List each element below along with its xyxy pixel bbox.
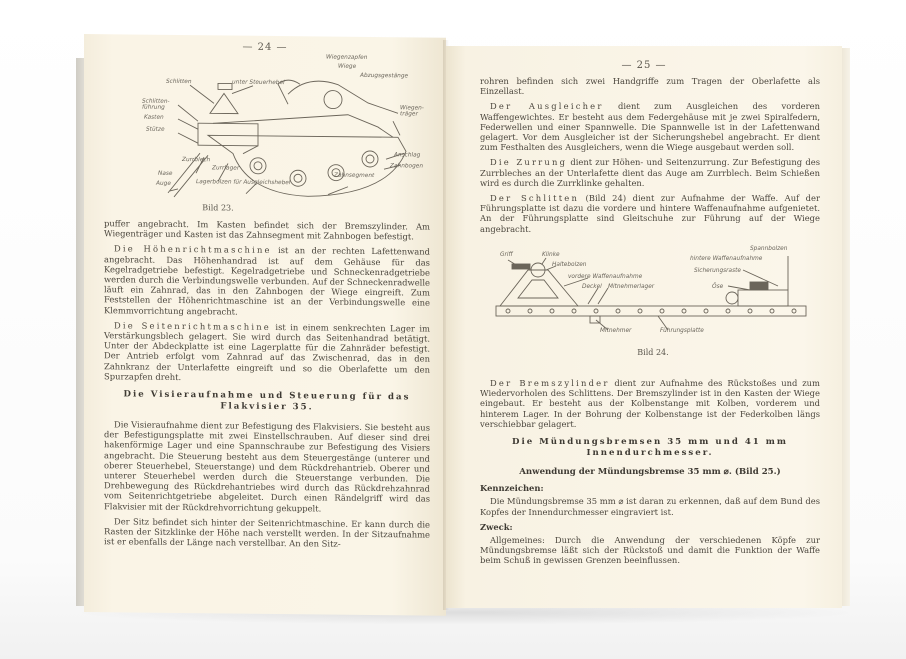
zweck-label: Zweck: <box>480 522 820 532</box>
right-page: — 25 — rohren befinden sich zwei Handgri… <box>446 46 842 608</box>
term: Der Schlitten <box>490 193 579 203</box>
figure-bild-24: Griff Klinke Haltebolzen vordere Waffena… <box>488 246 818 364</box>
book-page-edge <box>842 48 850 606</box>
term: Der Ausgleicher <box>490 101 604 111</box>
page-number: — 25 — <box>446 60 842 71</box>
term: Der Bremszylinder <box>490 378 610 388</box>
figure-bild-23: Wiegenzapfen Wiege Abzugsgestänge Schlit… <box>138 53 428 214</box>
left-page: — 24 — <box>84 34 446 616</box>
right-body-text-top: rohren befinden sich zwei Handgriffe zum… <box>480 76 820 239</box>
section-heading: Die Visieraufnahme und Steuerung für das… <box>104 389 430 414</box>
paragraph: Die Mündungsbremse 35 mm ⌀ ist daran zu … <box>480 496 820 516</box>
section-heading: Die Mündungsbremsen 35 mm und 41 mm Inne… <box>480 437 820 459</box>
left-body-text: puffer angebracht. Im Kasten befindet si… <box>104 218 430 555</box>
paragraph: ist an der rechten Lafettenwand angebrac… <box>104 245 430 316</box>
paragraph: Die Visieraufnahme dient zur Befestigung… <box>104 419 430 513</box>
paragraph: rohren befinden sich zwei Handgriffe zum… <box>480 76 820 96</box>
paragraph: puffer angebracht. Im Kasten befindet si… <box>104 218 430 241</box>
paragraph: Allgemeines: Durch die Anwendung der ver… <box>480 535 820 565</box>
paragraph: Der Sitz befindet sich hinter der Seiten… <box>104 516 430 549</box>
figure-caption: Bild 23. <box>138 203 298 214</box>
kennzeichen-label: Kennzeichen: <box>480 483 820 493</box>
figure-caption: Bild 24. <box>578 348 728 357</box>
term: Die Zurrung <box>490 157 567 167</box>
slide-diagram-icon <box>488 246 818 346</box>
subsection-heading: Anwendung der Mündungsbremse 35 mm ⌀. (B… <box>480 467 820 477</box>
right-body-text-bottom: Der Bremszylinder dient zur Aufnahme des… <box>480 378 820 571</box>
